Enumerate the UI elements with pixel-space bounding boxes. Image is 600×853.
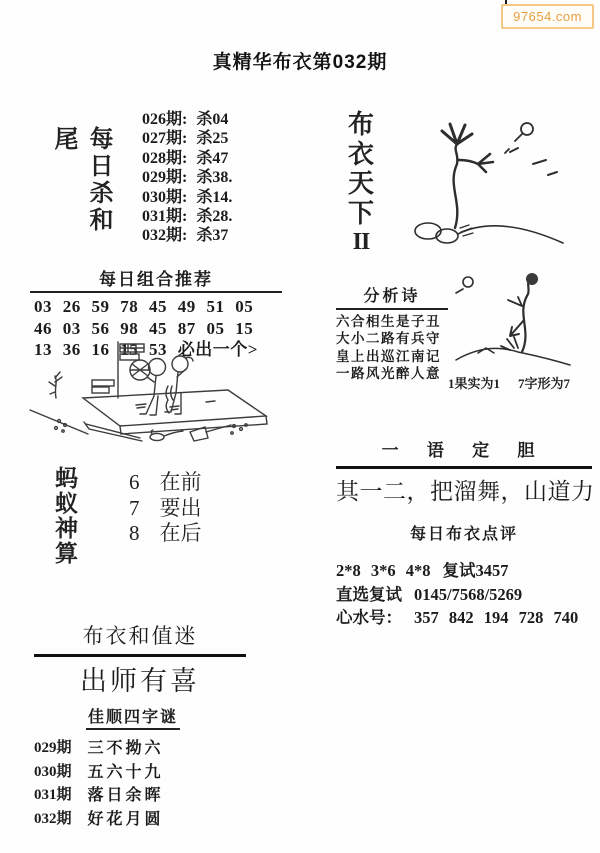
ant-oracle-label: 蚂蚁神算 <box>48 466 81 570</box>
period-label: 029期: <box>142 168 187 187</box>
xinshui-line: 心水号： 357 842 194 728 740 <box>336 606 578 630</box>
one-phrase-dan-section: 一 语 定 胆 其一二，把溜舞，山道力 每日布衣点评 <box>336 436 592 544</box>
kill-value: 杀14. <box>196 188 232 207</box>
xinshui-label: 心水号： <box>336 606 402 630</box>
poem-line: 六合相生是子丑 <box>336 313 448 330</box>
one-phrase-dan-title: 一 语 定 胆 <box>336 436 592 469</box>
list-item: 030期:杀14. <box>142 188 232 207</box>
kill-value: 杀04 <box>196 110 228 129</box>
site-watermark: 97654.com <box>501 4 594 29</box>
xinshui-value: 357 842 194 728 740 <box>414 606 578 630</box>
masthead-char: II <box>343 228 379 258</box>
masthead-char: 布 <box>343 110 379 140</box>
daily-kill-list: 026期:杀04 027期:杀25 028期:杀47 029期:杀38. 030… <box>142 110 232 258</box>
period-label: 028期: <box>142 149 187 168</box>
list-item: 032期好花月圆 <box>34 808 180 832</box>
one-phrase-dan-text: 其一二，把溜舞，山道力 <box>336 473 592 506</box>
ant-oracle-lines: 6在前 7要出 8在后 <box>129 470 202 570</box>
zhixuan-label: 直选复试 <box>336 583 402 607</box>
kill-value: 杀28. <box>196 207 232 226</box>
number-picks-section: 2*8 3*6 4*8 复试3457 直选复试 0145/7568/5269 心… <box>336 559 578 630</box>
list-item: 026期:杀04 <box>142 110 232 129</box>
list-item: 032期:杀37 <box>142 226 232 245</box>
period-label: 031期 <box>34 784 72 808</box>
combo-row: 03 26 59 78 45 49 51 05 <box>34 296 282 318</box>
poem-line: 大小二路有兵守 <box>336 330 448 347</box>
kill-value: 杀37 <box>196 226 228 245</box>
daily-kill-section: 每日杀和尾 026期:杀04 027期:杀25 028期:杀47 029期:杀3… <box>46 110 232 258</box>
four-char-riddle-section: 佳顺四字谜 029期三不拗六 030期五六十九 031期落日余晖 032期好花月… <box>34 704 180 831</box>
masthead-char: 天 <box>343 169 379 199</box>
fushi-value: 复试3457 <box>443 559 509 583</box>
analysis-poem-section: 分析诗 六合相生是子丑 大小二路有兵守 皇上出巡江南记 一路风光醉人意 <box>336 283 448 383</box>
drawing-caption: 1果实为1 7字形为7 <box>448 373 570 392</box>
riddle-phrase: 三不拗六 <box>88 737 164 761</box>
list-item: 027期:杀25 <box>142 129 232 148</box>
period-label: 027期: <box>142 129 187 148</box>
list-item: 031期落日余晖 <box>34 784 180 808</box>
daily-comment-label: 每日布衣点评 <box>336 521 592 544</box>
flower-arrow-drawing <box>452 268 574 370</box>
buyi-tianxia-masthead: 布 衣 天 下 II <box>343 110 379 258</box>
duplex-pairs: 2*8 3*6 4*8 <box>336 559 431 583</box>
ant-oracle-section: 蚂蚁神算 6在前 7要出 8在后 <box>48 466 202 570</box>
list-item: 030期五六十九 <box>34 761 180 785</box>
analysis-poem-lines: 六合相生是子丑 大小二路有兵守 皇上出巡江南记 一路风光醉人意 <box>336 313 448 383</box>
period-label: 031期: <box>142 207 187 226</box>
analysis-poem-title: 分析诗 <box>336 283 448 310</box>
list-item: 029期:杀38. <box>142 168 232 187</box>
kill-value: 杀25 <box>196 129 228 148</box>
page-title: 真精华布衣第032期 <box>0 47 600 74</box>
period-label: 026期: <box>142 110 187 129</box>
poem-line: 皇上出巡江南记 <box>336 348 448 365</box>
combo-title: 每日组合推荐 <box>30 265 282 293</box>
list-item: 8在后 <box>129 521 202 547</box>
position-text: 在前 <box>160 470 202 496</box>
sum-value-riddle-title: 布衣和值迷 <box>34 620 246 657</box>
position-text: 要出 <box>160 496 202 522</box>
four-char-riddle-title: 佳顺四字谜 <box>86 704 180 730</box>
riddle-phrase: 落日余晖 <box>88 784 164 808</box>
kill-value: 杀38. <box>196 168 232 187</box>
list-item: 031期:杀28. <box>142 207 232 226</box>
combo-row: 46 03 56 98 45 87 05 15 <box>34 318 282 340</box>
duplex-line: 2*8 3*6 4*8 复试3457 <box>336 559 578 583</box>
period-label: 030期: <box>142 188 187 207</box>
lottery-tip-sheet: 97654.com 真精华布衣第032期 每日杀和尾 026期:杀04 027期… <box>0 0 600 853</box>
caption-right: 7字形为7 <box>518 373 570 392</box>
zhixuan-value: 0145/7568/5269 <box>414 583 522 607</box>
poem-line: 一路风光醉人意 <box>336 365 448 382</box>
period-label: 029期 <box>34 737 72 761</box>
kill-value: 杀47 <box>196 149 228 168</box>
list-item: 7要出 <box>129 496 202 522</box>
list-item: 6在前 <box>129 470 202 496</box>
list-item: 029期三不拗六 <box>34 737 180 761</box>
period-label: 032期: <box>142 226 187 245</box>
caption-left: 1果实为1 <box>448 373 500 392</box>
digit: 6 <box>129 470 140 496</box>
masthead-char: 下 <box>343 199 379 229</box>
daily-kill-label: 每日杀和尾 <box>46 126 116 258</box>
digit: 7 <box>129 496 140 522</box>
riddle-phrase: 五六十九 <box>88 761 164 785</box>
digit: 8 <box>129 521 140 547</box>
sprout-on-hill-drawing <box>398 102 573 267</box>
four-char-riddle-list: 029期三不拗六 030期五六十九 031期落日余晖 032期好花月圆 <box>34 737 180 831</box>
period-label: 032期 <box>34 808 72 832</box>
riddle-phrase: 好花月圆 <box>88 808 164 832</box>
list-item: 028期:杀47 <box>142 149 232 168</box>
kids-on-platform-drawing <box>28 338 293 456</box>
period-label: 030期 <box>34 761 72 785</box>
position-text: 在后 <box>160 521 202 547</box>
sum-value-riddle-text: 出师有喜 <box>34 659 246 698</box>
zhixuan-line: 直选复试 0145/7568/5269 <box>336 583 578 607</box>
masthead-char: 衣 <box>343 140 379 170</box>
sum-value-riddle-section: 布衣和值迷 出师有喜 <box>34 620 246 698</box>
